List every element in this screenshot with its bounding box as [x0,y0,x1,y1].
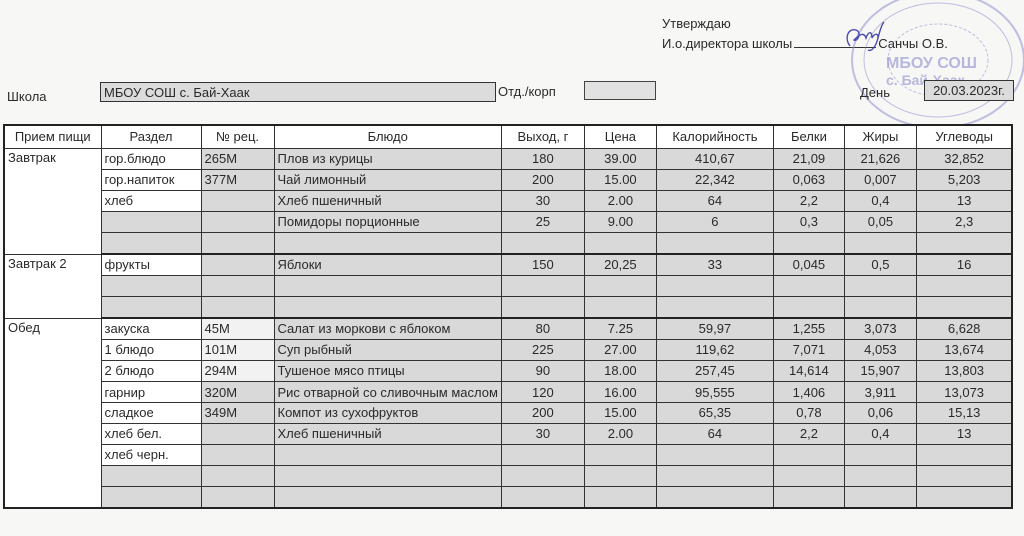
recipe-cell [201,212,274,233]
kcal-cell [656,445,773,466]
dish-cell [274,276,501,297]
section-cell: гарнир [101,382,201,403]
school-field[interactable]: МБОУ СОШ с. Бай-Хаак [100,82,496,102]
table-row: сладкое349МКомпот из сухофруктов20015.00… [4,403,1012,424]
protein-cell: 0,3 [773,212,844,233]
protein-cell: 2,2 [773,191,844,212]
col-header: № рец. [201,125,274,149]
dish-cell: Помидоры порционные [274,212,501,233]
protein-cell [773,445,844,466]
kcal-cell: 64 [656,424,773,445]
table-row [4,276,1012,297]
fat-cell [844,487,916,509]
kcal-cell: 410,67 [656,149,773,170]
recipe-cell [201,466,274,487]
section-cell: гор.блюдо [101,149,201,170]
carbs-cell [916,276,1012,297]
protein-cell: 0,78 [773,403,844,424]
protein-cell: 0,045 [773,254,844,276]
carbs-cell [916,487,1012,509]
table-row: Завтрак 2фруктыЯблоки15020,25330,0450,51… [4,254,1012,276]
signature-icon [842,20,888,54]
price-cell: 27.00 [584,340,656,361]
fat-cell: 3,073 [844,318,916,340]
section-cell: сладкое [101,403,201,424]
price-cell: 15.00 [584,403,656,424]
fat-cell: 0,4 [844,424,916,445]
table-row: хлебХлеб пшеничный302.00642,20,413 [4,191,1012,212]
kcal-cell: 95,555 [656,382,773,403]
dept-label: Отд./корп [498,84,556,99]
protein-cell: 21,09 [773,149,844,170]
yield-cell: 30 [501,424,584,445]
price-cell: 2.00 [584,191,656,212]
table-header-row: Прием пищи Раздел № рец. Блюдо Выход, г … [4,125,1012,149]
kcal-cell: 257,45 [656,361,773,382]
day-label: День [860,85,890,100]
col-header: Углеводы [916,125,1012,149]
kcal-cell [656,233,773,255]
dish-cell [274,233,501,255]
kcal-cell [656,487,773,509]
price-cell: 9.00 [584,212,656,233]
fat-cell [844,466,916,487]
table-row: 2 блюдо294МТушеное мясо птицы9018.00257,… [4,361,1012,382]
price-cell: 39.00 [584,149,656,170]
yield-cell: 150 [501,254,584,276]
meal-name: Завтрак [4,149,101,255]
recipe-cell: 377М [201,170,274,191]
section-cell: гор.напиток [101,170,201,191]
fat-cell: 0,007 [844,170,916,191]
yield-cell: 200 [501,170,584,191]
carbs-cell [916,466,1012,487]
section-cell: 1 блюдо [101,340,201,361]
kcal-cell: 64 [656,191,773,212]
recipe-cell [201,276,274,297]
section-cell [101,487,201,509]
kcal-cell [656,297,773,319]
price-cell: 2.00 [584,424,656,445]
fat-cell: 15,907 [844,361,916,382]
protein-cell [773,276,844,297]
carbs-cell [916,297,1012,319]
protein-cell: 1,255 [773,318,844,340]
yield-cell [501,466,584,487]
carbs-cell: 13 [916,191,1012,212]
table-row: Обедзакуска45МСалат из моркови с яблоком… [4,318,1012,340]
section-cell [101,276,201,297]
menu-table: Прием пищи Раздел № рец. Блюдо Выход, г … [3,124,1013,509]
dish-cell: Суп рыбный [274,340,501,361]
price-cell: 18.00 [584,361,656,382]
carbs-cell: 5,203 [916,170,1012,191]
col-header: Цена [584,125,656,149]
table-row: 1 блюдо101МСуп рыбный22527.00119,627,071… [4,340,1012,361]
yield-cell: 30 [501,191,584,212]
table-row: гор.напиток377МЧай лимонный20015.0022,34… [4,170,1012,191]
recipe-cell: 101М [201,340,274,361]
fat-cell [844,276,916,297]
fat-cell: 0,06 [844,403,916,424]
protein-cell [773,233,844,255]
price-cell: 15.00 [584,170,656,191]
price-cell [584,233,656,255]
table-row [4,466,1012,487]
recipe-cell [201,254,274,276]
yield-cell [501,297,584,319]
carbs-cell: 13 [916,424,1012,445]
section-cell [101,233,201,255]
approval-title: Утверждаю [662,16,731,31]
price-cell [584,445,656,466]
dish-cell: Плов из курицы [274,149,501,170]
fat-cell [844,233,916,255]
yield-cell [501,233,584,255]
yield-cell: 120 [501,382,584,403]
kcal-cell: 33 [656,254,773,276]
fat-cell: 0,05 [844,212,916,233]
section-cell [101,466,201,487]
protein-cell: 2,2 [773,424,844,445]
carbs-cell: 13,803 [916,361,1012,382]
table-row [4,487,1012,509]
kcal-cell: 59,97 [656,318,773,340]
price-cell: 16.00 [584,382,656,403]
col-header: Калорийность [656,125,773,149]
recipe-cell: 294М [201,361,274,382]
price-cell [584,276,656,297]
yield-cell [501,276,584,297]
dish-cell: Салат из моркови с яблоком [274,318,501,340]
protein-cell: 7,071 [773,340,844,361]
dish-cell: Компот из сухофруктов [274,403,501,424]
kcal-cell: 22,342 [656,170,773,191]
price-cell: 20,25 [584,254,656,276]
col-header: Блюдо [274,125,501,149]
dish-cell [274,466,501,487]
col-header: Раздел [101,125,201,149]
stamp-line1: МБОУ СОШ [886,55,977,72]
dept-field[interactable] [584,81,656,100]
col-header: Прием пищи [4,125,101,149]
dish-cell [274,297,501,319]
section-cell: закуска [101,318,201,340]
kcal-cell: 6 [656,212,773,233]
dish-cell: Яблоки [274,254,501,276]
col-header: Жиры [844,125,916,149]
meal-name: Обед [4,318,101,508]
school-label: Школа [7,89,47,104]
dish-cell [274,445,501,466]
protein-cell [773,466,844,487]
recipe-cell [201,487,274,509]
recipe-cell [201,233,274,255]
recipe-cell: 45М [201,318,274,340]
kcal-cell: 119,62 [656,340,773,361]
table-row [4,297,1012,319]
protein-cell: 1,406 [773,382,844,403]
protein-cell: 14,614 [773,361,844,382]
section-cell: хлеб черн. [101,445,201,466]
carbs-cell: 15,13 [916,403,1012,424]
yield-cell [501,445,584,466]
dish-cell: Тушеное мясо птицы [274,361,501,382]
carbs-cell: 13,073 [916,382,1012,403]
fat-cell: 4,053 [844,340,916,361]
price-cell [584,466,656,487]
section-cell [101,212,201,233]
protein-cell [773,487,844,509]
approval-position: И.о.директора школы [662,36,792,51]
yield-cell: 90 [501,361,584,382]
carbs-cell: 32,852 [916,149,1012,170]
carbs-cell: 6,628 [916,318,1012,340]
yield-cell [501,487,584,509]
dish-cell: Чай лимонный [274,170,501,191]
fat-cell: 21,626 [844,149,916,170]
carbs-cell: 2,3 [916,212,1012,233]
carbs-cell: 13,674 [916,340,1012,361]
day-field[interactable]: 20.03.2023г. [924,80,1014,101]
fat-cell [844,297,916,319]
dish-cell: Рис отварной со сливочным маслом [274,382,501,403]
col-header: Выход, г [501,125,584,149]
table-row: Помидоры порционные259.0060,30,052,3 [4,212,1012,233]
price-cell: 7.25 [584,318,656,340]
yield-cell: 180 [501,149,584,170]
section-cell [101,297,201,319]
table-row [4,233,1012,255]
dish-cell: Хлеб пшеничный [274,191,501,212]
recipe-cell [201,445,274,466]
fat-cell: 3,911 [844,382,916,403]
kcal-cell [656,466,773,487]
protein-cell [773,297,844,319]
fat-cell [844,445,916,466]
section-cell: фрукты [101,254,201,276]
section-cell: хлеб [101,191,201,212]
yield-cell: 25 [501,212,584,233]
price-cell [584,297,656,319]
col-header: Белки [773,125,844,149]
table-row: хлеб черн. [4,445,1012,466]
kcal-cell: 65,35 [656,403,773,424]
carbs-cell [916,233,1012,255]
section-cell: хлеб бел. [101,424,201,445]
recipe-cell [201,297,274,319]
recipe-cell [201,424,274,445]
meal-name: Завтрак 2 [4,254,101,318]
recipe-cell [201,191,274,212]
kcal-cell [656,276,773,297]
section-cell: 2 блюдо [101,361,201,382]
yield-cell: 200 [501,403,584,424]
price-cell [584,487,656,509]
carbs-cell: 16 [916,254,1012,276]
recipe-cell: 349М [201,403,274,424]
recipe-cell: 265М [201,149,274,170]
table-row: Завтракгор.блюдо265МПлов из курицы18039.… [4,149,1012,170]
protein-cell: 0,063 [773,170,844,191]
yield-cell: 225 [501,340,584,361]
dish-cell: Хлеб пшеничный [274,424,501,445]
recipe-cell: 320М [201,382,274,403]
table-row: хлеб бел.Хлеб пшеничный302.00642,20,413 [4,424,1012,445]
table-row: гарнир320МРис отварной со сливочным масл… [4,382,1012,403]
carbs-cell [916,445,1012,466]
dish-cell [274,487,501,509]
fat-cell: 0,5 [844,254,916,276]
fat-cell: 0,4 [844,191,916,212]
yield-cell: 80 [501,318,584,340]
